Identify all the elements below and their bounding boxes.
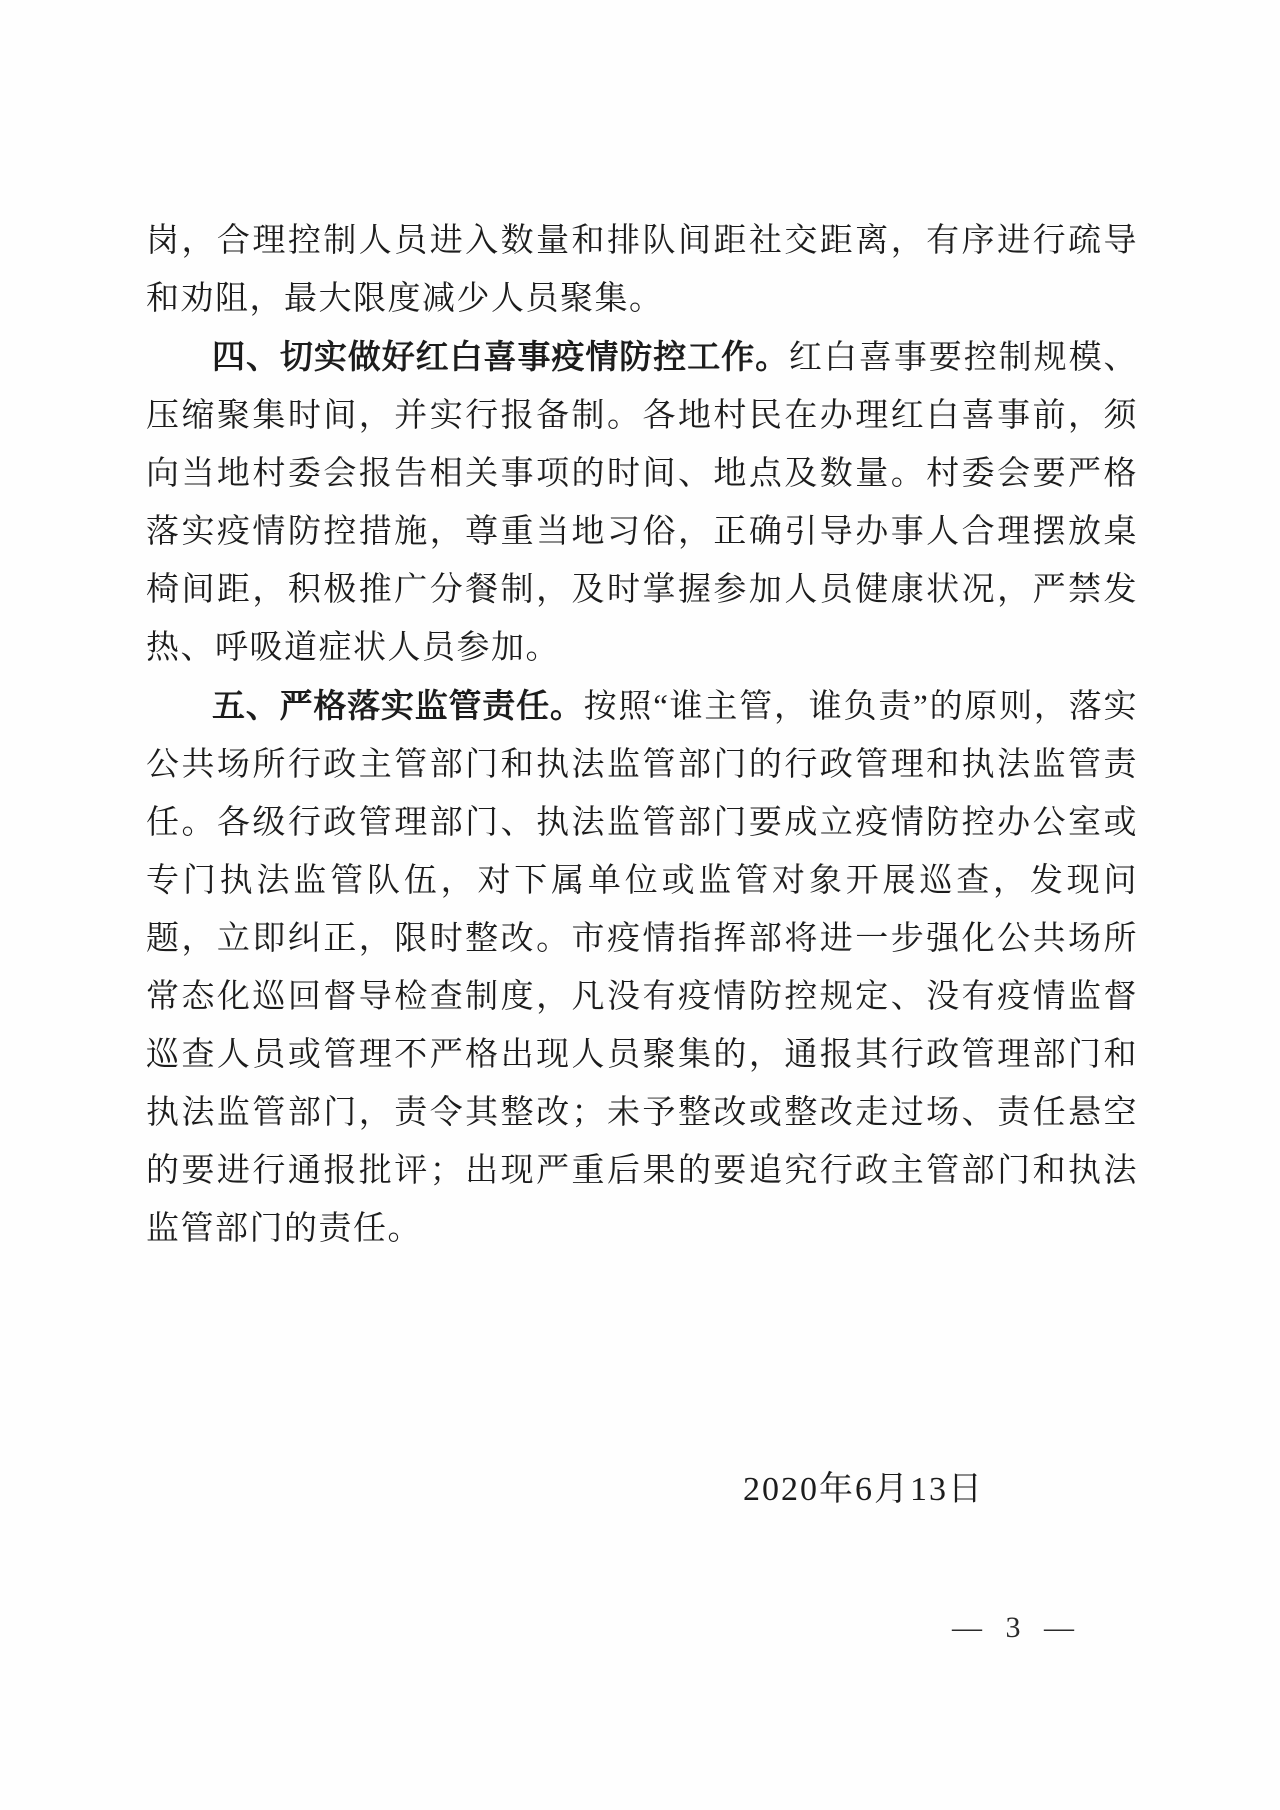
page-number: — 3 — [952,1608,1082,1648]
paragraph-text: 按照“谁主管，谁负责”的原则，落实公共场所行政主管部门和执法监管部门的行政管理和… [146,689,1138,1247]
paragraph-section-4: 四、切实做好红白喜事疫情防控工作。红白喜事要控制规模、压缩聚集时间，并实行报备制… [146,328,1138,677]
paragraph-section-5: 五、严格落实监管责任。按照“谁主管，谁负责”的原则，落实公共场所行政主管部门和执… [146,677,1138,1258]
paragraph-text: 红白喜事要控制规模、压缩聚集时间，并实行报备制。各地村民在办理红白喜事前，须向当… [146,340,1138,666]
section-4-heading: 四、切实做好红白喜事疫情防控工作。 [212,338,789,375]
paragraph-continuation: 岗，合理控制人员进入数量和排队间距社交距离，有序进行疏导和劝阻，最大限度减少人员… [146,212,1138,328]
section-5-heading: 五、严格落实监管责任。 [212,687,584,724]
document-body: 岗，合理控制人员进入数量和排队间距社交距离，有序进行疏导和劝阻，最大限度减少人员… [146,212,1138,1258]
document-page: 岗，合理控制人员进入数量和排队间距社交距离，有序进行疏导和劝阻，最大限度减少人员… [0,0,1280,1810]
paragraph-text: 岗，合理控制人员进入数量和排队间距社交距离，有序进行疏导和劝阻，最大限度减少人员… [146,223,1138,317]
document-date: 2020年6月13日 [743,1468,984,1512]
